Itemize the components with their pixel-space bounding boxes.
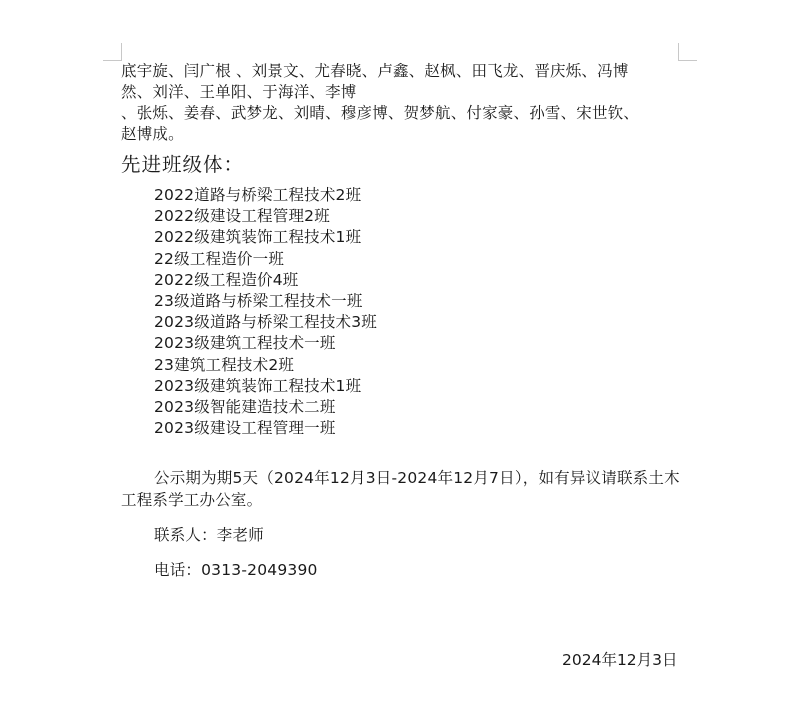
advanced-class-list: 2022道路与桥梁工程技术2班 2022级建设工程管理2班 2022级建筑装饰工…	[121, 185, 681, 439]
names-line: 、张烁、姜春、武梦龙、刘晴、穆彦博、贺梦航、付家豪、孙雪、宋世钦、	[121, 103, 681, 124]
document-body: 底宇旋、闫广根 、刘景文、尤春晓、卢鑫、赵枫、田飞龙、晋庆烁、冯博 然、刘洋、王…	[121, 61, 681, 581]
notice-paragraph: 公示期为期5天（2024年12月3日-2024年12月7日），如有异议请联系土木…	[121, 467, 681, 511]
contact-person: 联系人：李老师	[121, 524, 681, 546]
class-list-item: 23级道路与桥梁工程技术一班	[154, 291, 681, 312]
page-margin-corner-left	[103, 43, 122, 61]
class-list-item: 23建筑工程技术2班	[154, 355, 681, 376]
section-title-advanced-classes: 先进班级体：	[121, 151, 681, 179]
page-margin-corner-right	[678, 43, 697, 61]
class-list-item: 22级工程造价一班	[154, 249, 681, 270]
class-list-item: 2023级建筑工程技术一班	[154, 333, 681, 354]
names-line: 赵博成。	[121, 124, 681, 145]
class-list-item: 2022级建设工程管理2班	[154, 206, 681, 227]
document-date: 2024年12月3日	[562, 649, 678, 671]
class-list-item: 2022级工程造价4班	[154, 270, 681, 291]
class-list-item: 2022道路与桥梁工程技术2班	[154, 185, 681, 206]
class-list-item: 2023级建设工程管理一班	[154, 418, 681, 439]
document-page: 底宇旋、闫广根 、刘景文、尤春晓、卢鑫、赵枫、田飞龙、晋庆烁、冯博 然、刘洋、王…	[0, 0, 800, 722]
class-list-item: 2023级道路与桥梁工程技术3班	[154, 312, 681, 333]
class-list-item: 2023级智能建造技术二班	[154, 397, 681, 418]
names-paragraph: 底宇旋、闫广根 、刘景文、尤春晓、卢鑫、赵枫、田飞龙、晋庆烁、冯博 然、刘洋、王…	[121, 61, 681, 145]
class-list-item: 2022级建筑装饰工程技术1班	[154, 227, 681, 248]
names-line: 然、刘洋、王单阳、于海洋、李博	[121, 82, 681, 103]
class-list-item: 2023级建筑装饰工程技术1班	[154, 376, 681, 397]
names-line: 底宇旋、闫广根 、刘景文、尤春晓、卢鑫、赵枫、田飞龙、晋庆烁、冯博	[121, 61, 681, 82]
contact-phone: 电话：0313-2049390	[121, 559, 681, 581]
